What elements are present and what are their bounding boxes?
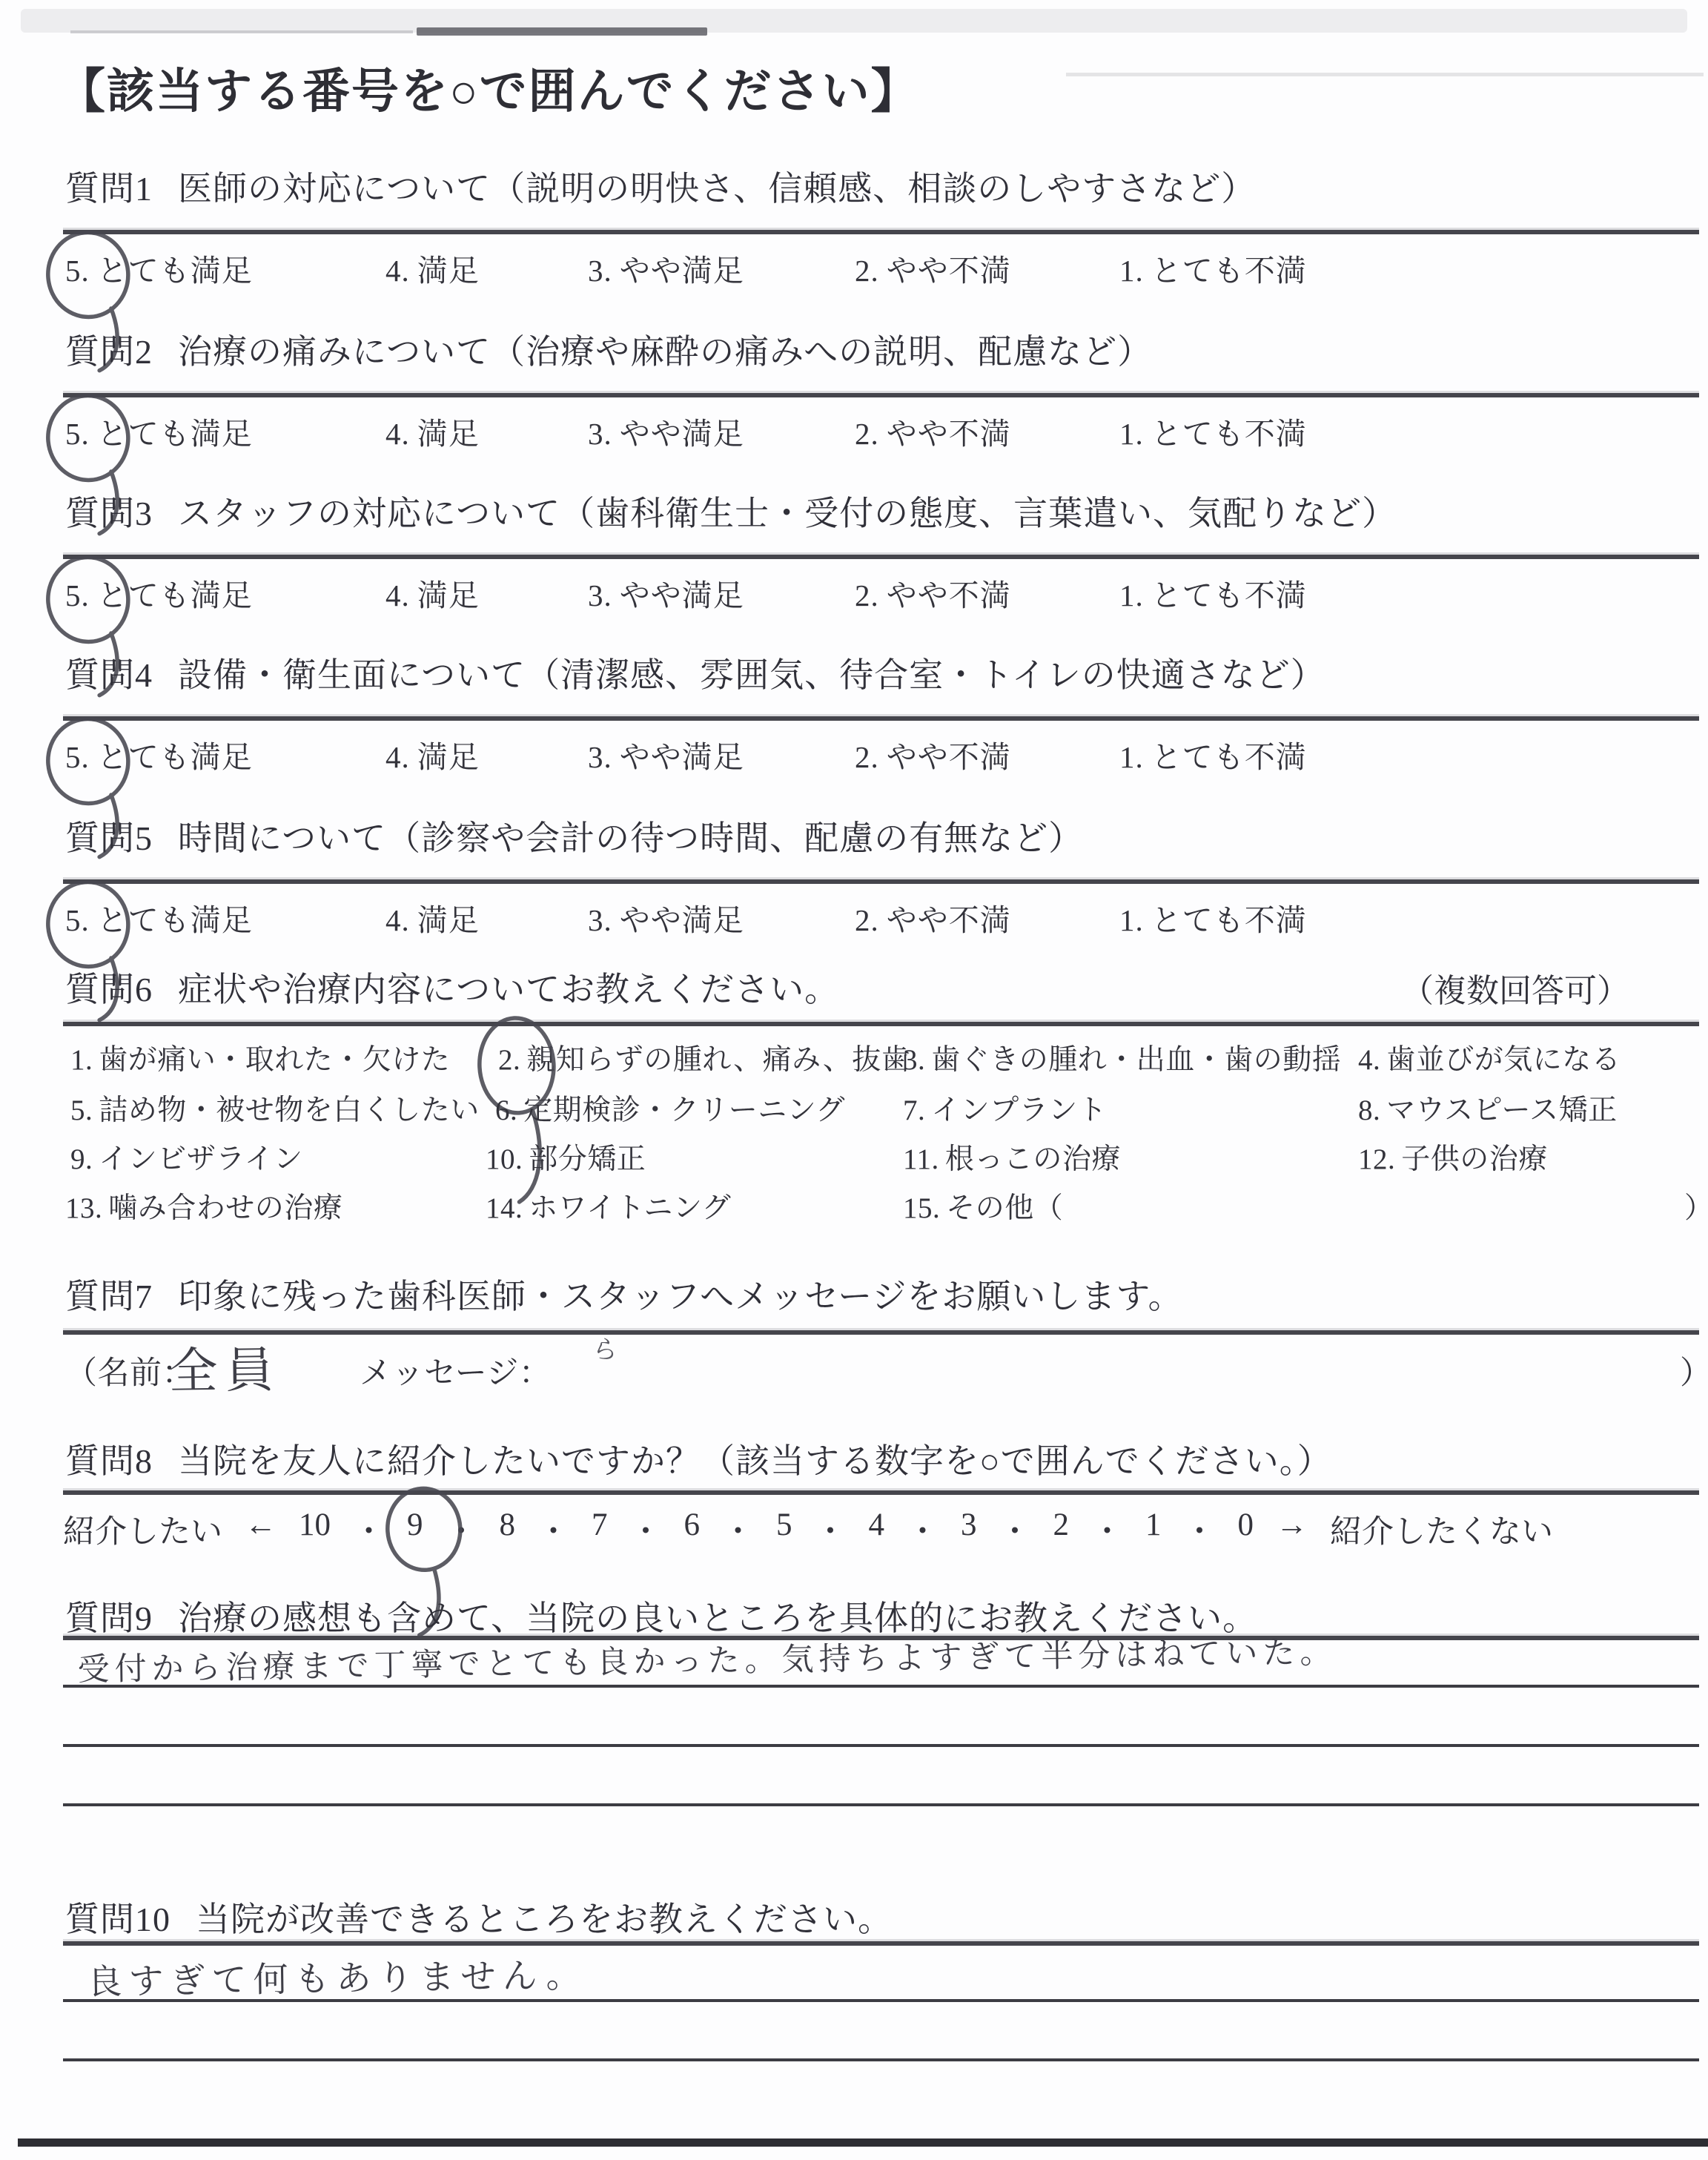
q3-option-1: 1.とても不満 bbox=[1119, 571, 1307, 615]
option-label: やや満足 bbox=[620, 903, 744, 937]
option-number: 14. bbox=[486, 1192, 523, 1224]
q5-option-4: 4.満足 bbox=[385, 896, 588, 939]
q8-score-8: 8 bbox=[500, 1507, 516, 1543]
question-1-title: 医師の対応について（説明の明快さ、信頼感、相談のしやすさなど） bbox=[178, 170, 1256, 208]
question-5-heading: 質問5時間について（診察や会計の待つ時間、配慮の有無など） bbox=[65, 811, 1083, 860]
question-3-options: 5.とても満足 4.満足 3.やや満足 2.やや不満 1.とても不満 bbox=[65, 571, 1307, 615]
q3-option-3: 3.やや満足 bbox=[588, 571, 855, 615]
q5-option-5: 5.とても満足 bbox=[65, 896, 385, 939]
option-number: 2. bbox=[855, 578, 879, 612]
option-label: とても不満 bbox=[1151, 578, 1307, 612]
divider bbox=[63, 555, 1699, 559]
question-4-options: 5.とても満足 4.満足 3.やや満足 2.やや不満 1.とても不満 bbox=[65, 733, 1307, 776]
option-number: 1. bbox=[1119, 578, 1144, 612]
question-5-options: 5.とても満足 4.満足 3.やや満足 2.やや不満 1.とても不満 bbox=[65, 896, 1307, 939]
option-number: 2. bbox=[855, 903, 879, 937]
scan-artifact-band bbox=[21, 9, 1687, 33]
option-number: 11. bbox=[903, 1143, 939, 1175]
q6-other-close-paren: ） bbox=[1684, 1185, 1708, 1226]
q6-option-8: 8.マウスピース矯正 bbox=[1358, 1087, 1618, 1129]
q4-option-5: 5.とても満足 bbox=[65, 733, 385, 776]
q3-option-2: 2.やや不満 bbox=[855, 571, 1119, 615]
q6-option-12: 12.子供の治療 bbox=[1358, 1136, 1548, 1178]
q6-option-4: 4.歯並びが気になる bbox=[1358, 1037, 1621, 1078]
q8-score-10: 10 bbox=[299, 1507, 331, 1543]
option-number: 9. bbox=[70, 1143, 93, 1175]
q5-option-2: 2.やや不満 bbox=[855, 896, 1119, 939]
option-label: やや満足 bbox=[620, 254, 744, 288]
answer-line bbox=[63, 1685, 1699, 1688]
option-number: 2. bbox=[855, 254, 879, 288]
option-number: 4. bbox=[385, 740, 410, 774]
question-2-options: 5.とても満足 4.満足 3.やや満足 2.やや不満 1.とても不満 bbox=[65, 409, 1307, 453]
option-number: 1. bbox=[1119, 740, 1144, 774]
option-label: とても不満 bbox=[1151, 254, 1307, 288]
option-label: インビザライン bbox=[99, 1143, 302, 1175]
q3-option-5: 5.とても満足 bbox=[65, 571, 385, 615]
q6-option-11: 11.根っこの治療 bbox=[903, 1136, 1121, 1178]
option-label: 部分矯正 bbox=[529, 1143, 646, 1175]
question-4-heading: 質問4設備・衛生面について（清潔感、雰囲気、待合室・トイレの快適さなど） bbox=[65, 648, 1325, 697]
option-label: 子供の治療 bbox=[1401, 1143, 1548, 1175]
q2-option-1: 1.とても不満 bbox=[1119, 409, 1307, 453]
q8-score-1: 1 bbox=[1145, 1507, 1162, 1543]
option-number: 3. bbox=[588, 417, 612, 451]
question-6-heading: 質問6症状や治療内容についてお教えください。 bbox=[65, 962, 839, 1011]
option-label: とても不満 bbox=[1151, 903, 1307, 937]
scan-artifact-fragment bbox=[417, 27, 707, 36]
option-number: 4. bbox=[1358, 1044, 1380, 1076]
dot-separator: ・ bbox=[815, 1507, 847, 1552]
dot-separator: ・ bbox=[1184, 1507, 1216, 1552]
q5-option-1: 1.とても不満 bbox=[1119, 896, 1307, 939]
option-label: やや満足 bbox=[620, 578, 744, 612]
q10-handwritten-answer: 良すぎて何もありません。 bbox=[87, 1948, 588, 2004]
option-label: やや満足 bbox=[620, 417, 744, 451]
option-number: 4. bbox=[385, 903, 410, 937]
question-3-number: 質問3 bbox=[65, 495, 153, 532]
dot-separator: ・ bbox=[630, 1507, 662, 1552]
q3-option-4: 4.満足 bbox=[385, 571, 588, 615]
option-number: 5. bbox=[70, 1094, 93, 1126]
q8-score-7: 7 bbox=[592, 1507, 608, 1543]
option-label: やや不満 bbox=[887, 740, 1011, 774]
q8-right-label: 紹介したくない bbox=[1330, 1507, 1553, 1552]
option-number: 1. bbox=[70, 1044, 93, 1076]
question-2-heading: 質問2治療の痛みについて（治療や麻酔の痛みへの説明、配慮など） bbox=[65, 325, 1152, 374]
dot-separator: ・ bbox=[999, 1507, 1031, 1552]
q4-option-2: 2.やや不満 bbox=[855, 733, 1119, 776]
question-2-title: 治療の痛みについて（治療や麻酔の痛みへの説明、配慮など） bbox=[178, 333, 1152, 371]
dot-separator: ・ bbox=[722, 1507, 754, 1552]
question-8-title: 当院を友人に紹介したいですか？（該当する数字を○で囲んでください。） bbox=[178, 1442, 1332, 1480]
option-label: やや不満 bbox=[887, 254, 1011, 288]
question-6-number: 質問6 bbox=[65, 971, 153, 1008]
question-3-title: スタッフの対応について（歯科衛生士・受付の態度、言葉遣い、気配りなど） bbox=[178, 495, 1397, 532]
question-1-options: 5.とても満足 4.満足 3.やや満足 2.やや不満 1.とても不満 bbox=[65, 246, 1307, 290]
q6-option-5: 5.詰め物・被せ物を白くしたい bbox=[70, 1087, 480, 1129]
option-number: 12. bbox=[1358, 1143, 1395, 1175]
divider bbox=[63, 230, 1699, 234]
option-number: 3. bbox=[588, 578, 612, 612]
divider bbox=[63, 879, 1699, 884]
scan-edge-line bbox=[18, 2138, 1708, 2147]
option-number: 2. bbox=[855, 417, 879, 451]
option-label: 満足 bbox=[417, 903, 480, 937]
answer-line bbox=[63, 1999, 1699, 2002]
option-number: 1. bbox=[1119, 417, 1144, 451]
question-4-number: 質問4 bbox=[65, 656, 153, 694]
dot-separator: ・ bbox=[907, 1507, 939, 1552]
option-number: 1. bbox=[1119, 254, 1144, 288]
q8-score-9: 9 bbox=[407, 1507, 423, 1543]
question-5-number: 質問5 bbox=[65, 819, 153, 857]
option-label: 歯が痛い・取れた・欠けた bbox=[99, 1044, 450, 1076]
q7-close-paren: ） bbox=[1680, 1348, 1708, 1393]
option-number: 3. bbox=[588, 740, 612, 774]
answer-line bbox=[63, 1803, 1699, 1806]
left-arrow-icon: ← bbox=[245, 1507, 277, 1543]
question-7-heading: 質問7印象に残った歯科医師・スタッフへメッセージをお願いします。 bbox=[65, 1269, 1183, 1318]
option-label: 満足 bbox=[417, 578, 480, 612]
scanned-survey-page: 【該当する番号を○で囲んでください】 質問1医師の対応について（説明の明快さ、信… bbox=[0, 0, 1708, 2160]
q8-left-label: 紹介したい bbox=[63, 1507, 222, 1552]
question-8-heading: 質問8当院を友人に紹介したいですか？（該当する数字を○で囲んでください。） bbox=[65, 1434, 1332, 1483]
q8-score-6: 6 bbox=[684, 1507, 701, 1543]
option-number: 1. bbox=[1119, 903, 1144, 937]
q4-option-4: 4.満足 bbox=[385, 733, 588, 776]
question-9-number: 質問9 bbox=[65, 1599, 153, 1637]
question-3-heading: 質問3スタッフの対応について（歯科衛生士・受付の態度、言葉遣い、気配りなど） bbox=[65, 486, 1397, 535]
q8-score-3: 3 bbox=[961, 1507, 977, 1543]
q2-option-3: 3.やや満足 bbox=[588, 409, 855, 453]
option-label: 満足 bbox=[417, 740, 480, 774]
q6-option-2: 2.親知らずの腫れ、痛み、抜歯 bbox=[498, 1037, 910, 1078]
option-label: やや不満 bbox=[887, 578, 1011, 612]
q8-score-2: 2 bbox=[1053, 1507, 1070, 1543]
question-8-number: 質問8 bbox=[65, 1442, 153, 1480]
scan-artifact-fragment bbox=[70, 30, 413, 33]
dot-separator: ・ bbox=[1091, 1507, 1123, 1552]
q8-score-5: 5 bbox=[776, 1507, 792, 1543]
question-1-heading: 質問1医師の対応について（説明の明快さ、信頼感、相談のしやすさなど） bbox=[65, 162, 1256, 211]
option-number: 4. bbox=[385, 578, 410, 612]
q7-name-handwritten-value: 全員 bbox=[168, 1330, 282, 1402]
option-number: 10. bbox=[486, 1143, 523, 1175]
question-2-number: 質問2 bbox=[65, 333, 153, 371]
option-label: やや不満 bbox=[887, 903, 1011, 937]
option-label: ホワイトニング bbox=[529, 1192, 731, 1224]
option-label: 噛み合わせの治療 bbox=[108, 1192, 342, 1224]
q4-option-3: 3.やや満足 bbox=[588, 733, 855, 776]
q6-option-1: 1.歯が痛い・取れた・欠けた bbox=[70, 1037, 450, 1078]
q8-score-4: 4 bbox=[869, 1507, 885, 1543]
question-7-number: 質問7 bbox=[65, 1278, 153, 1315]
question-1-number: 質問1 bbox=[65, 170, 153, 208]
question-10-heading: 質問10当院が改善できるところをお教えください。 bbox=[65, 1892, 893, 1941]
question-6-note: （複数回答可） bbox=[1401, 964, 1629, 1011]
q6-option-10: 10.部分矯正 bbox=[486, 1136, 646, 1178]
divider bbox=[63, 1330, 1699, 1335]
option-label: 歯並びが気になる bbox=[1386, 1044, 1621, 1076]
option-label: 満足 bbox=[417, 417, 480, 451]
question-10-title: 当院が改善できるところをお教えください。 bbox=[196, 1900, 893, 1938]
q2-option-4: 4.満足 bbox=[385, 409, 588, 453]
option-number: 3. bbox=[903, 1044, 925, 1076]
option-number: 3. bbox=[588, 903, 612, 937]
q1-option-1: 1.とても不満 bbox=[1119, 246, 1307, 290]
q2-option-2: 2.やや不満 bbox=[855, 409, 1119, 453]
q1-option-3: 3.やや満足 bbox=[588, 246, 855, 290]
form-title: 【該当する番号を○で囲んでください】 bbox=[58, 53, 920, 122]
q2-option-5: 5.とても満足 bbox=[65, 409, 385, 453]
answer-line bbox=[63, 2058, 1699, 2061]
option-label: 歯ぐきの腫れ・出血・歯の動揺 bbox=[931, 1044, 1341, 1076]
option-label: 根っこの治療 bbox=[945, 1143, 1121, 1175]
q6-option-6: 6.定期検診・クリーニング bbox=[495, 1087, 845, 1129]
q5-option-3: 3.やや満足 bbox=[588, 896, 855, 939]
q1-option-4: 4.満足 bbox=[385, 246, 588, 290]
option-label: インプラント bbox=[931, 1094, 1107, 1126]
q6-option-9: 9.インビザライン bbox=[70, 1136, 303, 1178]
option-number: 4. bbox=[385, 254, 410, 288]
divider bbox=[63, 1490, 1699, 1495]
option-label: とても不満 bbox=[1151, 740, 1307, 774]
divider bbox=[63, 1022, 1699, 1026]
q4-option-1: 1.とても不満 bbox=[1119, 733, 1307, 776]
answer-line bbox=[63, 1744, 1699, 1747]
option-number: 4. bbox=[385, 417, 410, 451]
right-arrow-icon: → bbox=[1276, 1507, 1308, 1543]
divider bbox=[63, 1941, 1699, 1946]
q6-option-3: 3.歯ぐきの腫れ・出血・歯の動揺 bbox=[903, 1037, 1341, 1078]
option-label: マウスピース矯正 bbox=[1386, 1094, 1617, 1126]
q6-option-7: 7.インプラント bbox=[903, 1087, 1107, 1129]
option-number: 7. bbox=[903, 1094, 925, 1126]
question-6-title: 症状や治療内容についてお教えください。 bbox=[178, 971, 839, 1008]
question-10-number: 質問10 bbox=[65, 1900, 171, 1938]
option-label: やや不満 bbox=[887, 417, 1011, 451]
option-label: 満足 bbox=[417, 254, 480, 288]
option-number: 6. bbox=[495, 1094, 517, 1126]
question-5-title: 時間について（診察や会計の待つ時間、配慮の有無など） bbox=[178, 819, 1083, 857]
option-label: 詰め物・被せ物を白くしたい bbox=[99, 1094, 480, 1126]
q7-message-label: メッセージ： bbox=[360, 1348, 551, 1393]
option-label: とても不満 bbox=[1151, 417, 1307, 451]
q6-option-15: 15.その他（ bbox=[903, 1185, 1063, 1226]
option-number: 2. bbox=[855, 740, 879, 774]
option-label: その他（ bbox=[946, 1192, 1063, 1224]
dot-separator: ・ bbox=[537, 1507, 569, 1552]
option-number: 15. bbox=[903, 1192, 940, 1224]
question-7-title: 印象に残った歯科医師・スタッフへメッセージをお願いします。 bbox=[178, 1278, 1183, 1315]
option-label: 定期検診・クリーニング bbox=[523, 1094, 845, 1126]
option-number: 8. bbox=[1358, 1094, 1380, 1126]
divider bbox=[63, 393, 1699, 397]
option-number: 3. bbox=[588, 254, 612, 288]
q6-option-13: 13.噛み合わせの治療 bbox=[65, 1185, 342, 1226]
question-4-title: 設備・衛生面について（清潔感、雰囲気、待合室・トイレの快適さなど） bbox=[178, 656, 1325, 694]
q8-score-0: 0 bbox=[1238, 1507, 1254, 1543]
option-label: やや満足 bbox=[620, 740, 744, 774]
option-number: 13. bbox=[65, 1192, 102, 1224]
q1-option-5: 5.とても満足 bbox=[65, 246, 385, 290]
question-8-scale: 紹介したい ← 10 ・ 9 ・ 8 ・ 7 ・ 6 ・ 5 ・ 4 ・ 3 ・… bbox=[63, 1507, 1553, 1552]
divider bbox=[63, 716, 1699, 721]
scan-artifact-fragment bbox=[1066, 73, 1704, 76]
q6-option-14: 14.ホワイトニング bbox=[486, 1185, 731, 1226]
q1-option-2: 2.やや不満 bbox=[855, 246, 1119, 290]
